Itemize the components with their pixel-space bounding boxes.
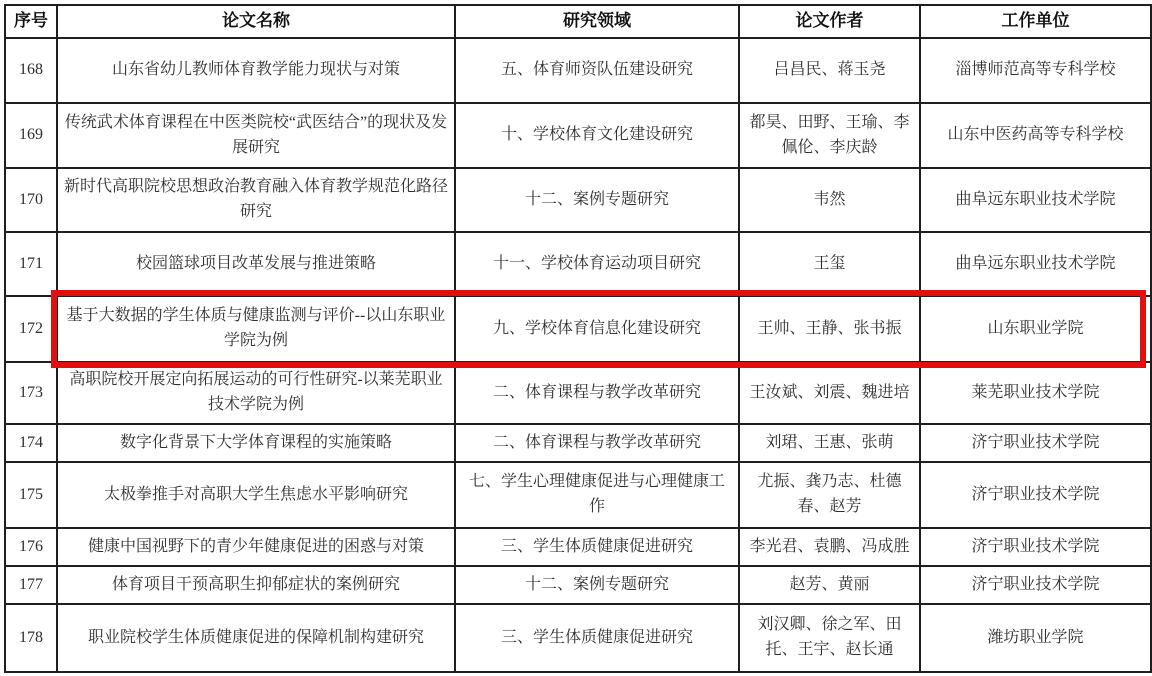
column-header-authors: 论文作者	[739, 5, 920, 38]
table-row: 171 校园篮球项目改革发展与推进策略 十一、学校体育运动项目研究 王玺 曲阜远…	[5, 232, 1151, 296]
cell-title: 山东省幼儿教师体育教学能力现状与对策	[57, 38, 455, 103]
cell-no: 178	[5, 604, 57, 672]
cell-authors: 刘汉卿、徐之军、田托、王宇、赵长通	[739, 604, 920, 672]
table-row: 170 新时代高职院校思想政治教育融入体育教学规范化路径研究 十二、案例专题研究…	[5, 168, 1151, 232]
cell-no: 174	[5, 424, 57, 462]
column-header-no: 序号	[5, 5, 57, 38]
cell-no: 171	[5, 232, 57, 296]
column-header-field: 研究领域	[455, 5, 739, 38]
cell-authors: 李光君、袁鹏、冯成胜	[739, 528, 920, 566]
cell-field: 三、学生体质健康促进研究	[455, 528, 739, 566]
cell-no: 175	[5, 462, 57, 528]
cell-org: 济宁职业技术学院	[920, 424, 1151, 462]
cell-authors: 王帅、王静、张书振	[739, 296, 920, 362]
cell-org: 莱芜职业技术学院	[920, 362, 1151, 424]
papers-table: 序号 论文名称 研究领域 论文作者 工作单位 168 山东省幼儿教师体育教学能力…	[4, 4, 1152, 673]
cell-no: 177	[5, 566, 57, 604]
cell-no: 169	[5, 103, 57, 168]
cell-org: 潍坊职业学院	[920, 604, 1151, 672]
cell-authors: 尤振、龚乃志、杜德春、赵芳	[739, 462, 920, 528]
table-row: 175 太极拳推手对高职大学生焦虑水平影响研究 七、学生心理健康促进与心理健康工…	[5, 462, 1151, 528]
cell-org: 曲阜远东职业技术学院	[920, 232, 1151, 296]
cell-authors: 韦然	[739, 168, 920, 232]
table-row: 174 数字化背景下大学体育课程的实施策略 二、体育课程与教学改革研究 刘珺、王…	[5, 424, 1151, 462]
cell-authors: 刘珺、王惠、张萌	[739, 424, 920, 462]
cell-org: 淄博师范高等专科学校	[920, 38, 1151, 103]
cell-org: 山东中医药高等专科学校	[920, 103, 1151, 168]
cell-field: 九、学校体育信息化建设研究	[455, 296, 739, 362]
cell-authors: 赵芳、黄丽	[739, 566, 920, 604]
cell-org: 济宁职业技术学院	[920, 528, 1151, 566]
cell-no: 170	[5, 168, 57, 232]
cell-no: 173	[5, 362, 57, 424]
cell-org: 曲阜远东职业技术学院	[920, 168, 1151, 232]
cell-authors: 王玺	[739, 232, 920, 296]
cell-title: 体育项目干预高职生抑郁症状的案例研究	[57, 566, 455, 604]
cell-field: 三、学生体质健康促进研究	[455, 604, 739, 672]
cell-field: 五、体育师资队伍建设研究	[455, 38, 739, 103]
cell-org: 济宁职业技术学院	[920, 566, 1151, 604]
cell-title: 传统武术体育课程在中医类院校“武医结合”的现状及发展研究	[57, 103, 455, 168]
cell-title: 校园篮球项目改革发展与推进策略	[57, 232, 455, 296]
cell-org: 济宁职业技术学院	[920, 462, 1151, 528]
table-row: 177 体育项目干预高职生抑郁症状的案例研究 十二、案例专题研究 赵芳、黄丽 济…	[5, 566, 1151, 604]
column-header-title: 论文名称	[57, 5, 455, 38]
cell-title: 职业院校学生体质健康促进的保障机制构建研究	[57, 604, 455, 672]
cell-title: 太极拳推手对高职大学生焦虑水平影响研究	[57, 462, 455, 528]
cell-field: 十二、案例专题研究	[455, 566, 739, 604]
table-row: 168 山东省幼儿教师体育教学能力现状与对策 五、体育师资队伍建设研究 吕昌民、…	[5, 38, 1151, 103]
cell-authors: 都昊、田野、王瑜、李佩伦、李庆龄	[739, 103, 920, 168]
cell-field: 二、体育课程与教学改革研究	[455, 362, 739, 424]
cell-field: 十二、案例专题研究	[455, 168, 739, 232]
cell-field: 十一、学校体育运动项目研究	[455, 232, 739, 296]
cell-org: 山东职业学院	[920, 296, 1151, 362]
cell-title: 健康中国视野下的青少年健康促进的困惑与对策	[57, 528, 455, 566]
cell-field: 七、学生心理健康促进与心理健康工作	[455, 462, 739, 528]
column-header-org: 工作单位	[920, 5, 1151, 38]
cell-no: 172	[5, 296, 57, 362]
table-row: 173 高职院校开展定向拓展运动的可行性研究-以莱芜职业技术学院为例 二、体育课…	[5, 362, 1151, 424]
cell-authors: 王汝斌、刘震、魏进培	[739, 362, 920, 424]
cell-title: 新时代高职院校思想政治教育融入体育教学规范化路径研究	[57, 168, 455, 232]
table-row: 178 职业院校学生体质健康促进的保障机制构建研究 三、学生体质健康促进研究 刘…	[5, 604, 1151, 672]
cell-no: 176	[5, 528, 57, 566]
table-row: 169 传统武术体育课程在中医类院校“武医结合”的现状及发展研究 十、学校体育文…	[5, 103, 1151, 168]
cell-field: 二、体育课程与教学改革研究	[455, 424, 739, 462]
table-row-highlighted: 172 基于大数据的学生体质与健康监测与评价--以山东职业学院为例 九、学校体育…	[5, 296, 1151, 362]
cell-title: 数字化背景下大学体育课程的实施策略	[57, 424, 455, 462]
cell-title: 基于大数据的学生体质与健康监测与评价--以山东职业学院为例	[57, 296, 455, 362]
cell-authors: 吕昌民、蒋玉尧	[739, 38, 920, 103]
cell-no: 168	[5, 38, 57, 103]
paper-list-page: 序号 论文名称 研究领域 论文作者 工作单位 168 山东省幼儿教师体育教学能力…	[4, 4, 1152, 673]
table-header-row: 序号 论文名称 研究领域 论文作者 工作单位	[5, 5, 1151, 38]
cell-field: 十、学校体育文化建设研究	[455, 103, 739, 168]
table-row: 176 健康中国视野下的青少年健康促进的困惑与对策 三、学生体质健康促进研究 李…	[5, 528, 1151, 566]
cell-title: 高职院校开展定向拓展运动的可行性研究-以莱芜职业技术学院为例	[57, 362, 455, 424]
